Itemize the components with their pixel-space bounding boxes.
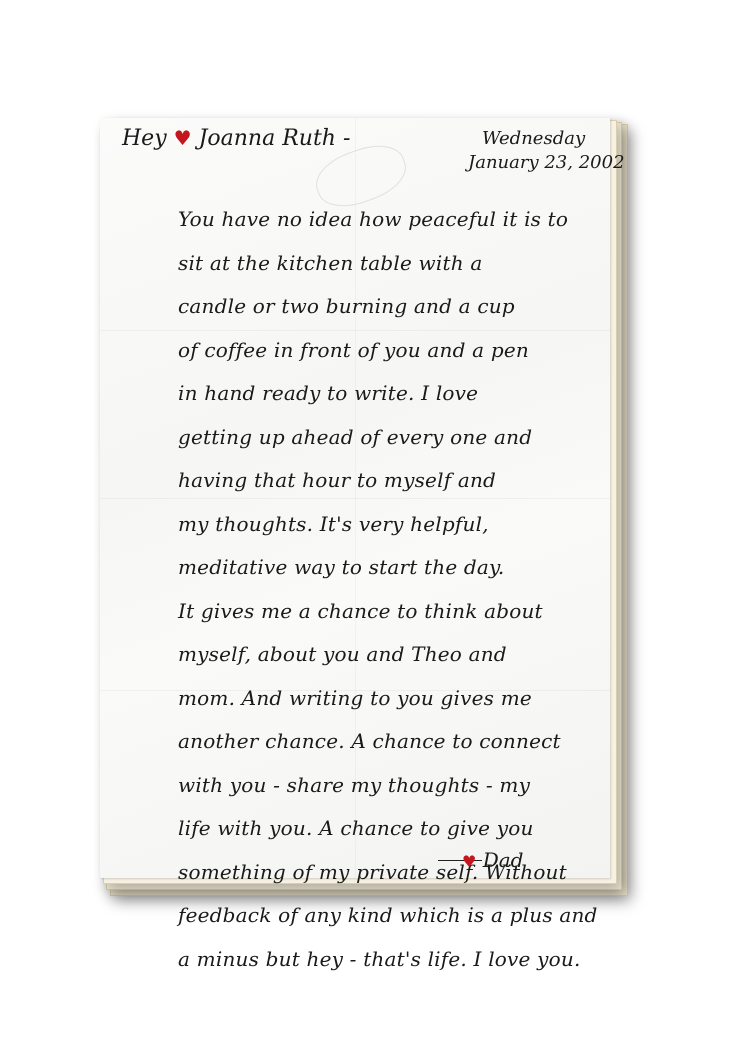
letter-line: You have no idea how peaceful it is to bbox=[178, 198, 598, 242]
letter-body: You have no idea how peaceful it is to s… bbox=[178, 198, 598, 981]
letter-line: It gives me a chance to think about bbox=[178, 590, 598, 634]
letter-line: something of my private self. Without bbox=[178, 851, 598, 895]
letter-line: of coffee in front of you and a pen bbox=[178, 329, 598, 373]
letter-line: a minus but hey - that's life. I love yo… bbox=[178, 938, 598, 982]
letter-line: my thoughts. It's very helpful, bbox=[178, 503, 598, 547]
letter-line: meditative way to start the day. bbox=[178, 546, 598, 590]
heart-icon: ♥ bbox=[462, 852, 476, 871]
letter-line: myself, about you and Theo and bbox=[178, 633, 598, 677]
letter-greeting: Hey ♥ Joanna Ruth - bbox=[122, 126, 350, 151]
letter-line: in hand ready to write. I love bbox=[178, 372, 598, 416]
letter-line: with you - share my thoughts - my bbox=[178, 764, 598, 808]
letter-signature: ♥ Dad bbox=[462, 848, 523, 872]
letter-date: January 23, 2002 bbox=[468, 152, 625, 173]
greeting-word: Hey bbox=[122, 126, 167, 151]
letter-date-weekday: Wednesday bbox=[482, 128, 585, 149]
recipient-name: Joanna Ruth - bbox=[199, 126, 351, 151]
signature-name: Dad bbox=[483, 848, 524, 872]
letter-line: life with you. A chance to give you bbox=[178, 807, 598, 851]
letter-line: having that hour to myself and bbox=[178, 459, 598, 503]
letter-line: feedback of any kind which is a plus and bbox=[178, 894, 598, 938]
letter-line: candle or two burning and a cup bbox=[178, 285, 598, 329]
letter-line: mom. And writing to you gives me bbox=[178, 677, 598, 721]
letter-line: another chance. A chance to connect bbox=[178, 720, 598, 764]
letter-line: getting up ahead of every one and bbox=[178, 416, 598, 460]
letter-line: sit at the kitchen table with a bbox=[178, 242, 598, 286]
heart-icon: ♥ bbox=[174, 126, 192, 150]
